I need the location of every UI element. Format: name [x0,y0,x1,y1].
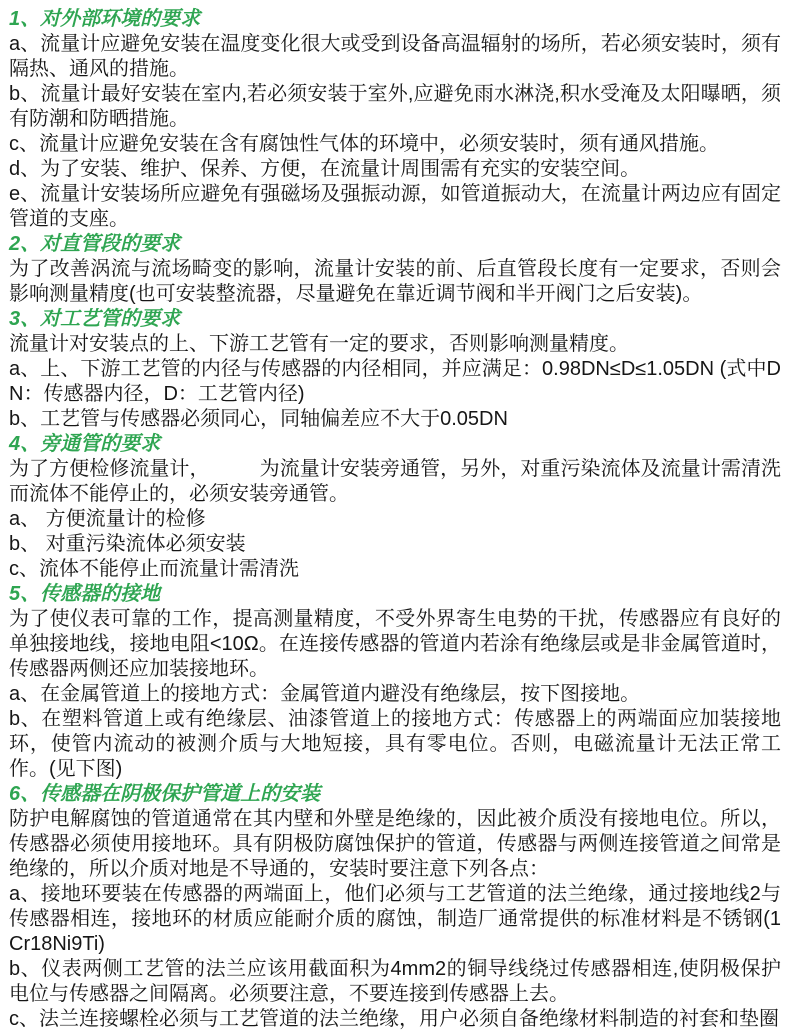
paragraph-intro: 为了使仪表可靠的工作，提高测量精度，不受外界寄生电势的干扰，传感器应有良好的单独… [9,607,781,682]
section-heading-straight-pipe: 2、对直管段的要求 [9,232,781,257]
paragraph-item-b: b、流量计最好安装在室内,若必须安装于室外,应避免雨水淋浇,积水受淹及太阳曝晒，… [9,82,781,132]
paragraph-item-a: a、 方便流量计的检修 [9,507,781,532]
section-heading-bypass-pipe: 4、旁通管的要求 [9,432,781,457]
section-process-pipe: 3、对工艺管的要求 流量计对安装点的上、下游工艺管有一定的要求，否则影响测量精度… [9,307,781,432]
paragraph-item-b: b、仪表两侧工艺管的法兰应该用截面积为4mm2的铜导线绕过传感器相连,使阴极保护… [9,957,781,1007]
section-sensor-grounding: 5、传感器的接地 为了使仪表可靠的工作，提高测量精度，不受外界寄生电势的干扰，传… [9,582,781,782]
paragraph-intro: 为了改善涡流与流场畸变的影响，流量计安装的前、后直管段长度有一定要求，否则会影响… [9,257,781,307]
section-external-environment: 1、对外部环境的要求 a、流量计应避免安装在温度变化很大或受到设备高温辐射的场所… [9,7,781,232]
paragraph-item-b: b、在塑料管道上或有绝缘层、油漆管道上的接地方式：传感器上的两端面应加装接地环，… [9,707,781,782]
document-page: 1、对外部环境的要求 a、流量计应避免安装在温度变化很大或受到设备高温辐射的场所… [0,0,790,1030]
paragraph-item-c: c、法兰连接螺栓必须与工艺管道的法兰绝缘，用户必须自备绝缘材料制造的衬套和垫圈 [9,1007,781,1030]
paragraph-intro: 为了方便检修流量计， 为流量计安装旁通管，另外，对重污染流体及流量计需清洗而流体… [9,457,781,507]
section-straight-pipe: 2、对直管段的要求 为了改善涡流与流场畸变的影响，流量计安装的前、后直管段长度有… [9,232,781,307]
paragraph-item-c: c、流量计应避免安装在含有腐蚀性气体的环境中，必须安装时，须有通风措施。 [9,132,781,157]
section-heading-sensor-grounding: 5、传感器的接地 [9,582,781,607]
paragraph-item-c: c、流体不能停止而流量计需清洗 [9,557,781,582]
paragraph-item-a: a、接地环要装在传感器的两端面上，他们必须与工艺管道的法兰绝缘，通过接地线2与传… [9,882,781,957]
section-cathodic-protection: 6、传感器在阴极保护管道上的安装 防护电解腐蚀的管道通常在其内壁和外壁是绝缘的，… [9,782,781,1030]
section-bypass-pipe: 4、旁通管的要求 为了方便检修流量计， 为流量计安装旁通管，另外，对重污染流体及… [9,432,781,582]
paragraph-item-b: b、 对重污染流体必须安装 [9,532,781,557]
paragraph-item-e: e、流量计安装场所应避免有强磁场及强振动源，如管道振动大，在流量计两边应有固定管… [9,182,781,232]
paragraph-intro: 防护电解腐蚀的管道通常在其内壁和外壁是绝缘的，因此被介质没有接地电位。所以，传感… [9,807,781,882]
section-heading-external-environment: 1、对外部环境的要求 [9,7,781,32]
paragraph-intro: 流量计对安装点的上、下游工艺管有一定的要求，否则影响测量精度。 [9,332,781,357]
paragraph-item-a: a、流量计应避免安装在温度变化很大或受到设备高温辐射的场所，若必须安装时，须有隔… [9,32,781,82]
section-heading-cathodic-protection: 6、传感器在阴极保护管道上的安装 [9,782,781,807]
paragraph-item-a: a、在金属管道上的接地方式：金属管道内避没有绝缘层，按下图接地。 [9,682,781,707]
paragraph-item-d: d、为了安装、维护、保养、方便，在流量计周围需有充实的安装空间。 [9,157,781,182]
paragraph-item-a: a、上、下游工艺管的内径与传感器的内径相同，并应满足：0.98DN≤D≤1.05… [9,357,781,407]
paragraph-item-b: b、工艺管与传感器必须同心，同轴偏差应不大于0.05DN [9,407,781,432]
section-heading-process-pipe: 3、对工艺管的要求 [9,307,781,332]
